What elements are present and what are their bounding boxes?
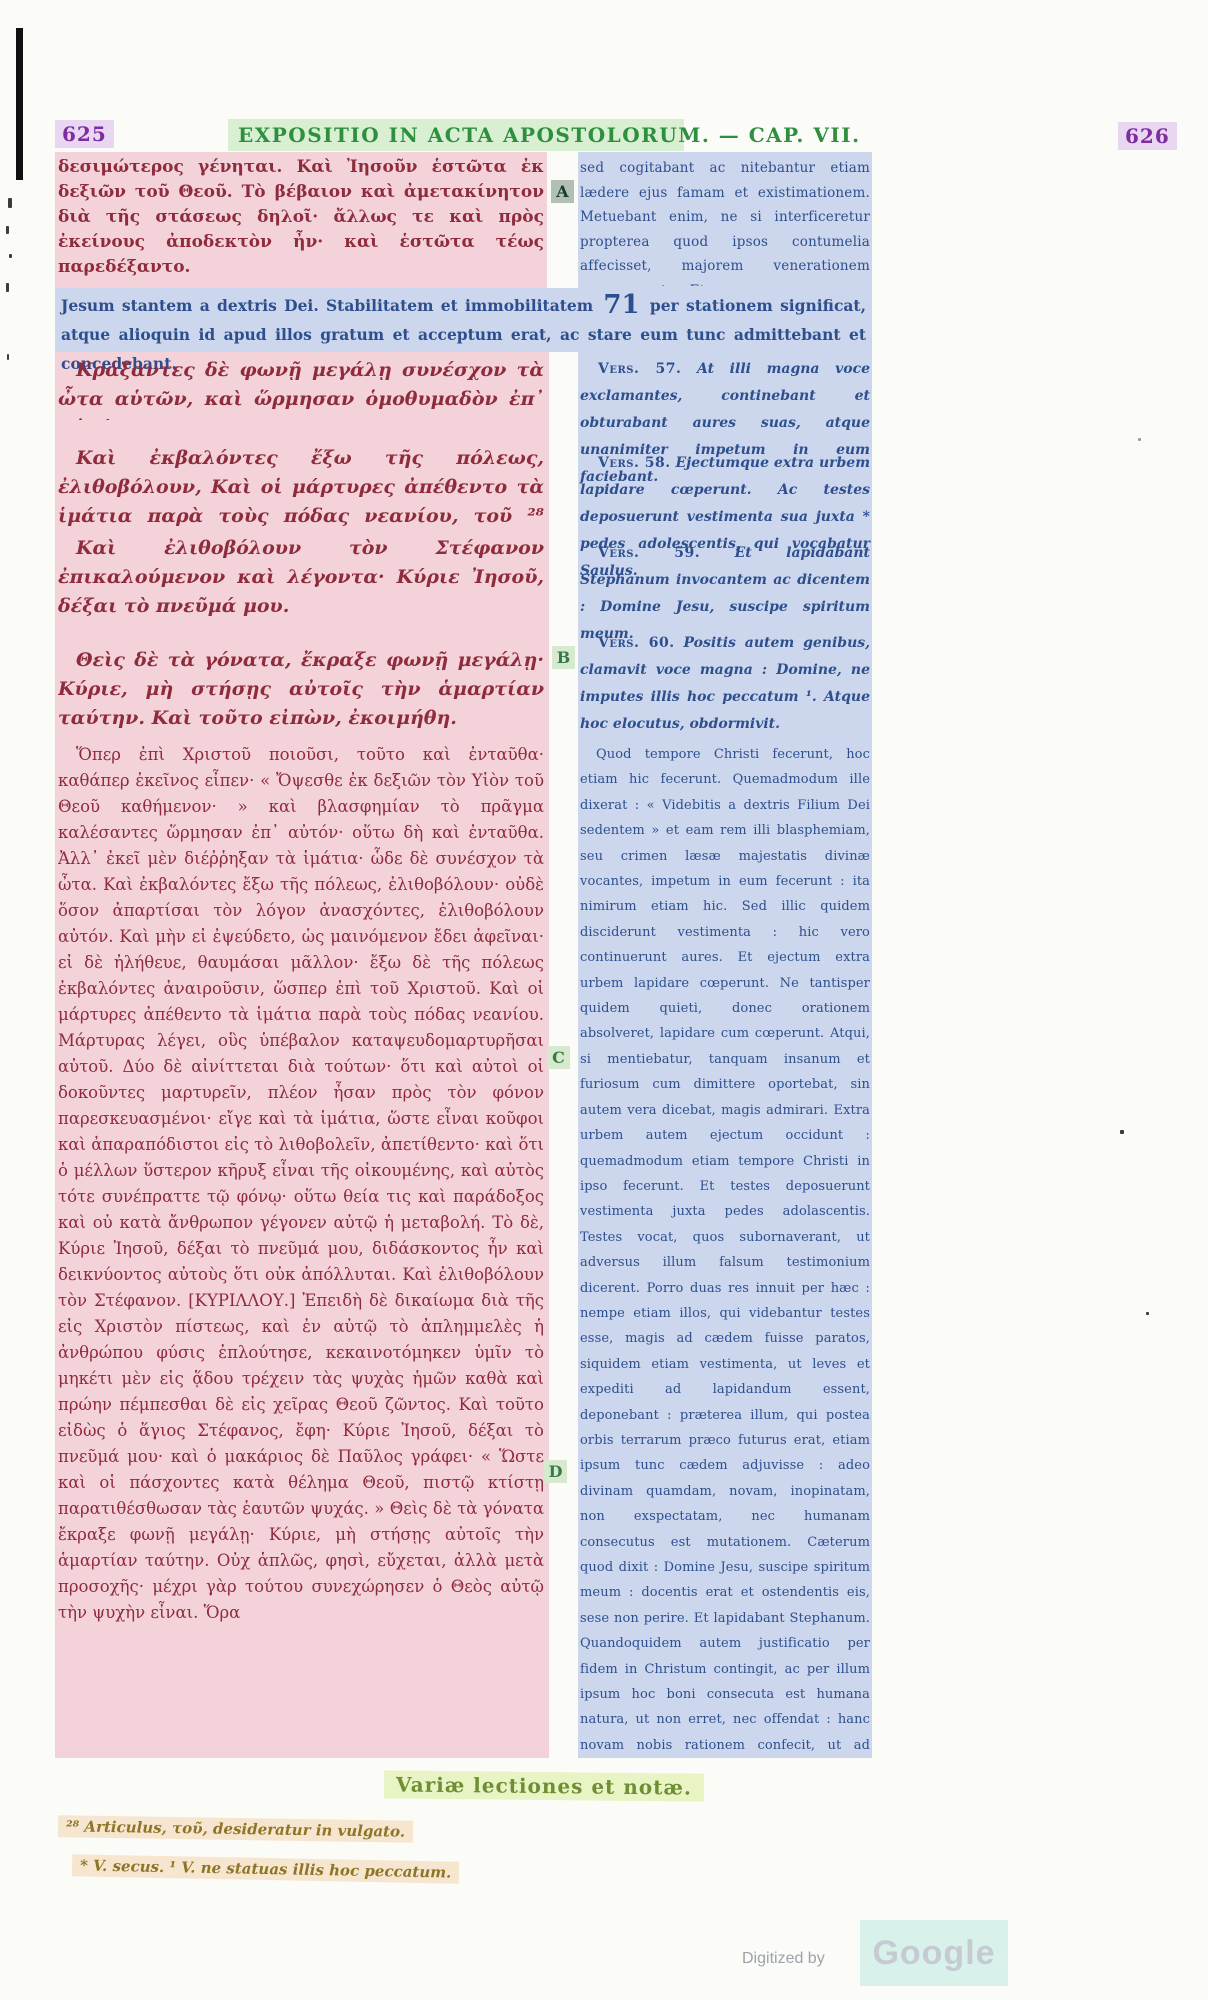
- column-marker-a: A: [551, 180, 574, 203]
- scanned-book-page: 625 EXPOSITIO IN ACTA APOSTOLORUM. — CAP…: [0, 0, 1208, 2000]
- page-number-right: 626: [1118, 122, 1177, 150]
- column-marker-b: B: [552, 646, 575, 669]
- verse-block-59: Vers. 59. Et lapidabant Stephanum invoca…: [580, 540, 870, 622]
- greek-verse-quote-59: Καὶ ἐλιθοβόλουν τὸν Στέφανον ἐπικαλούμεν…: [58, 534, 544, 624]
- verse-label: Vers. 57.: [598, 361, 681, 377]
- scan-speck: [6, 226, 9, 234]
- scan-speck: [9, 254, 12, 258]
- latin-commentary: Quod tempore Christi fecerunt, hoc etiam…: [580, 742, 870, 1754]
- verse-block-58: Vers. 58. Ejectumque extra urbem lapidar…: [580, 450, 870, 536]
- scan-speck: [7, 354, 9, 360]
- greek-verse-quote-58: Καὶ ἐκβαλόντες ἔξω τῆς πόλεως, ἐλιθοβόλο…: [58, 444, 544, 532]
- band-section-number: 71: [600, 290, 642, 320]
- verse-label: Vers. 59.: [598, 545, 700, 561]
- greek-verse-quote-57: Κράξαντες δὲ φωνῇ μεγάλῃ συνέσχον τὰ ὦτα…: [58, 356, 544, 420]
- scan-speck: [1120, 1130, 1124, 1134]
- scan-speck: [6, 283, 9, 292]
- digitized-by-text: Digitized by: [742, 1950, 825, 1968]
- verse-block-57: Vers. 57. At illi magna voce exclamantes…: [580, 356, 870, 444]
- page-number-left: 625: [55, 120, 114, 148]
- column-marker-c: C: [547, 1046, 570, 1069]
- greek-commentary: Ὅπερ ἐπὶ Χριστοῦ ποιοῦσι, τοῦτο καὶ ἐντα…: [58, 742, 544, 1754]
- footnote-2: * V. secus. ¹ V. ne statuas illis hoc pe…: [72, 1854, 460, 1883]
- scan-artifact-bar: [16, 28, 23, 180]
- page-title: EXPOSITIO IN ACTA APOSTOLORUM. — CAP. VI…: [228, 119, 684, 151]
- google-logo: Google: [860, 1920, 1008, 1986]
- band-text-pre: Jesum stantem a dextris Dei. Stabilitate…: [61, 296, 593, 315]
- scan-speck: [1146, 1312, 1149, 1315]
- scan-speck: [1138, 438, 1141, 441]
- greek-verse-quote-60: Θεὶς δὲ τὰ γόνατα, ἔκραξε φωνῇ μεγάλῃ· Κ…: [58, 646, 544, 736]
- column-marker-d: D: [544, 1460, 567, 1483]
- verse-label: Vers. 60.: [598, 635, 675, 651]
- greek-continuation-paragraph: δεσιμώτερος γένηται. Καὶ Ἰησοῦν ἑστῶτα ἐ…: [58, 155, 544, 285]
- footnote-1: ²⁸ Articulus, τοῦ, desideratur in vulgat…: [58, 1815, 413, 1843]
- latin-continuation-paragraph: sed cogitabant ac nitebantur etiam læder…: [580, 156, 870, 286]
- verse-label: Vers. 58.: [598, 455, 671, 471]
- scan-speck: [8, 198, 12, 208]
- verse-block-60: Vers. 60. Positis autem genibus, clamavi…: [580, 630, 870, 716]
- translation-band: Jesum stantem a dextris Dei. Stabilitate…: [55, 288, 872, 352]
- footer-heading: Variæ lectiones et notæ.: [384, 1770, 704, 1801]
